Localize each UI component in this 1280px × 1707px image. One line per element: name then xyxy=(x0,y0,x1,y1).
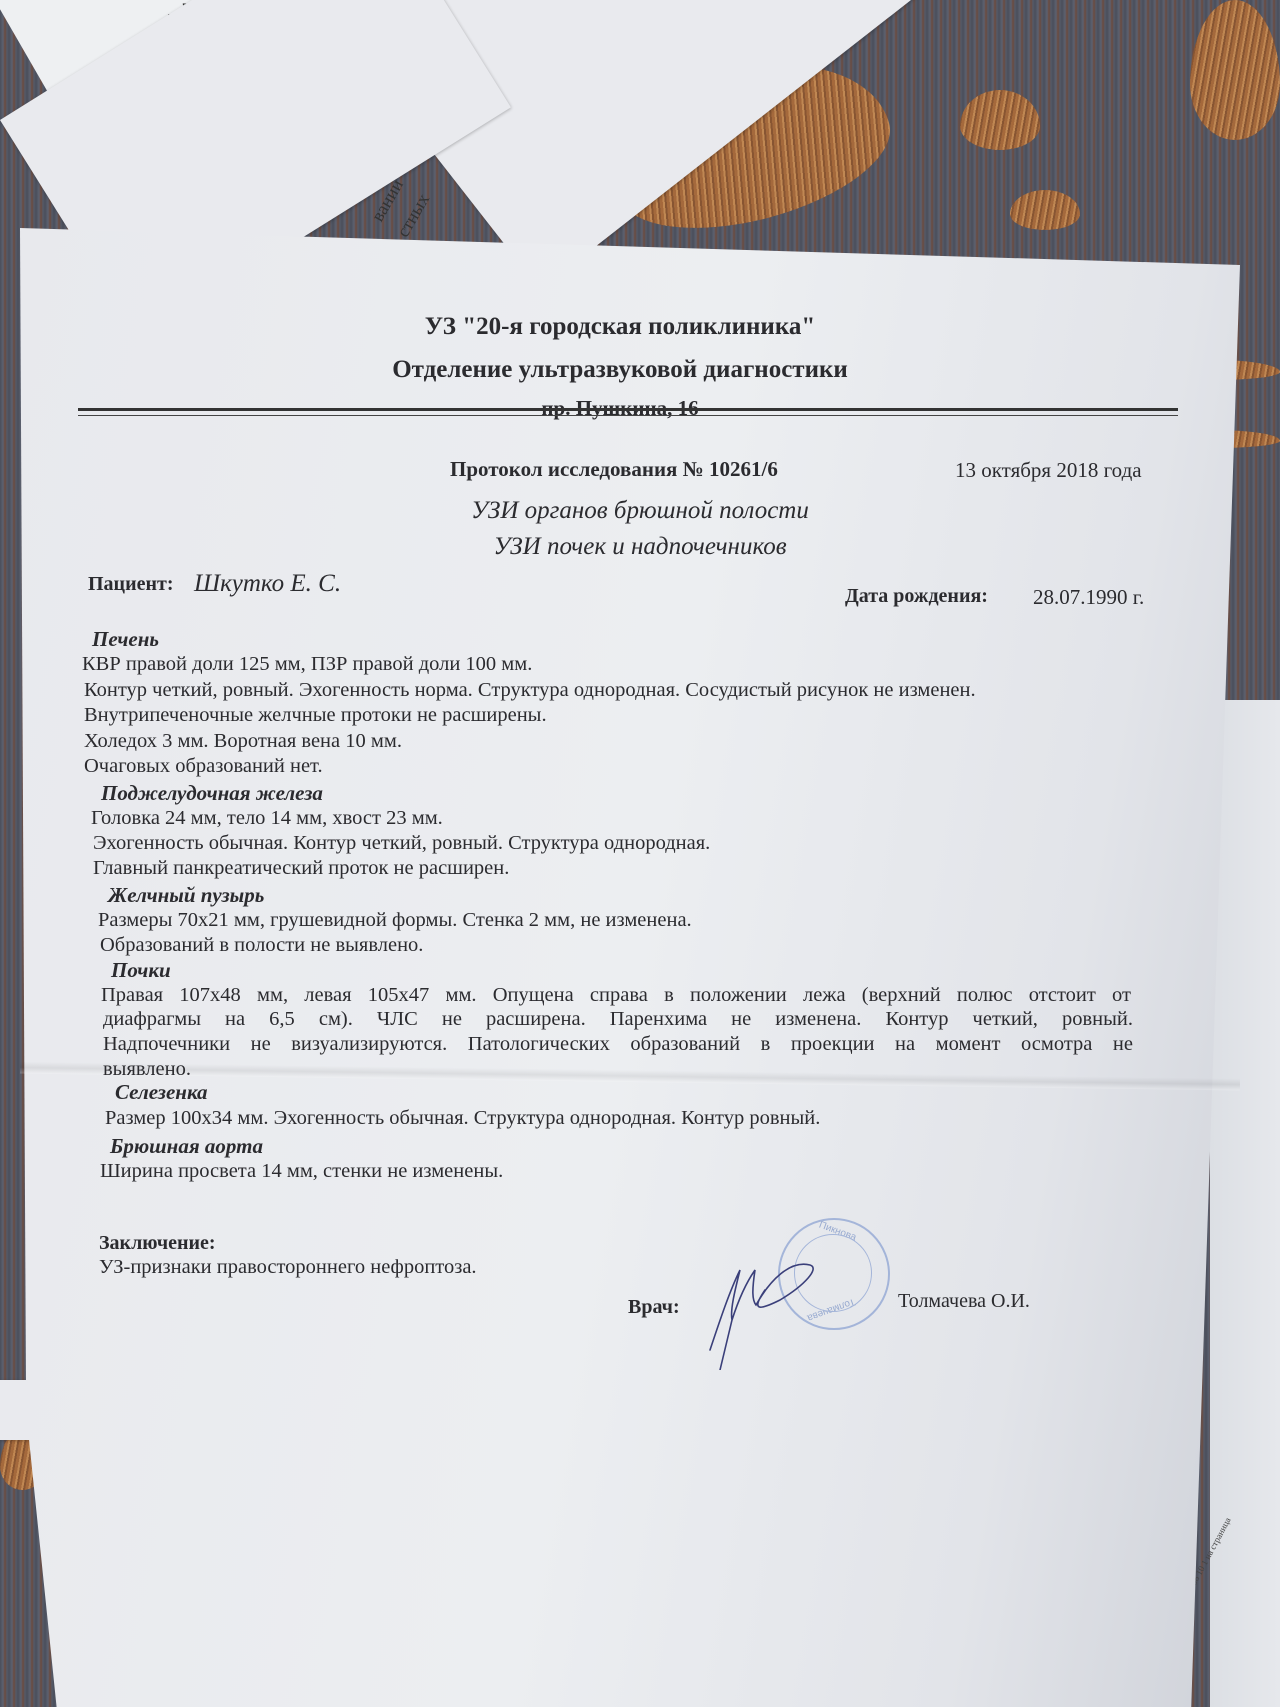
section-title: Селезенка xyxy=(115,1080,208,1105)
section-line: Размеры 70х21 мм, грушевидной формы. Сте… xyxy=(98,909,692,932)
section-title: Поджелудочная железа xyxy=(101,781,323,806)
section-line: Контур четкий, ровный. Эхогенность норма… xyxy=(84,679,976,702)
section-line: Эхогенность обычная. Контур четкий, ровн… xyxy=(93,832,710,855)
ultrasound-report-page xyxy=(20,228,1240,1707)
fabric-ornament xyxy=(1010,190,1080,230)
section-line: КВР правой доли 125 мм, ПЗР правой доли … xyxy=(82,653,532,676)
protocol-date: 13 октября 2018 года xyxy=(955,458,1142,483)
section-line: Холедох 3 мм. Воротная вена 10 мм. xyxy=(84,730,402,753)
conclusion-label: Заключение: xyxy=(99,1232,216,1255)
section-line: Очаговых образований нет. xyxy=(84,755,323,778)
section-line: Ширина просвета 14 мм, стенки не изменен… xyxy=(100,1160,503,1183)
section-line: Головка 24 мм, тело 14 мм, хвост 23 мм. xyxy=(91,807,443,830)
section-title: Печень xyxy=(92,627,159,652)
conclusion-text: УЗ-признаки правостороннего нефроптоза. xyxy=(99,1256,477,1279)
exam-type: УЗИ почек и надпочечников xyxy=(390,533,890,561)
doctor-name: Толмачева О.И. xyxy=(898,1290,1030,1313)
protocol-title: Протокол исследования № 10261/6 xyxy=(450,457,778,482)
section-line: Главный панкреатический проток не расшир… xyxy=(93,857,509,880)
patient-name: Шкутко Е. С. xyxy=(194,570,341,598)
department-name: Отделение ультразвуковой диагностики xyxy=(320,356,920,384)
exam-type: УЗИ органов брюшной полости xyxy=(390,497,890,525)
doctor-label: Врач: xyxy=(628,1296,680,1319)
section-title: Брюшная аорта xyxy=(110,1134,263,1159)
section-line: Образований в полости не выявлено. xyxy=(100,934,423,957)
signature-icon xyxy=(700,1240,850,1370)
dob-label: Дата рождения: xyxy=(845,585,988,608)
background-side-sheet: 1008 11 06 10 1 на страница xyxy=(1210,700,1280,1707)
patient-label: Пациент: xyxy=(88,573,174,596)
fabric-ornament xyxy=(960,90,1040,150)
section-line: Размер 100х34 мм. Эхогенность обычная. С… xyxy=(105,1107,820,1130)
header-rule-thin xyxy=(78,415,1178,416)
section-title: Почки xyxy=(111,958,171,983)
section-line: Правая 107х48 мм, левая 105х47 мм. Опуще… xyxy=(101,984,1131,1007)
section-line: выявлено. xyxy=(103,1058,191,1081)
section-line: диафрагмы на 6,5 см). ЧЛС не расширена. … xyxy=(103,1008,1133,1031)
header-rule xyxy=(78,408,1178,411)
institution-name: УЗ "20-я городская поликлиника" xyxy=(320,313,920,341)
section-line: Внутрипеченочные желчные протоки не расш… xyxy=(84,704,547,727)
dob-value: 28.07.1990 г. xyxy=(1033,585,1144,610)
section-title: Желчный пузырь xyxy=(108,883,264,908)
section-line: Надпочечники не визуализируются. Патолог… xyxy=(103,1033,1133,1056)
fabric-ornament xyxy=(1190,0,1280,140)
